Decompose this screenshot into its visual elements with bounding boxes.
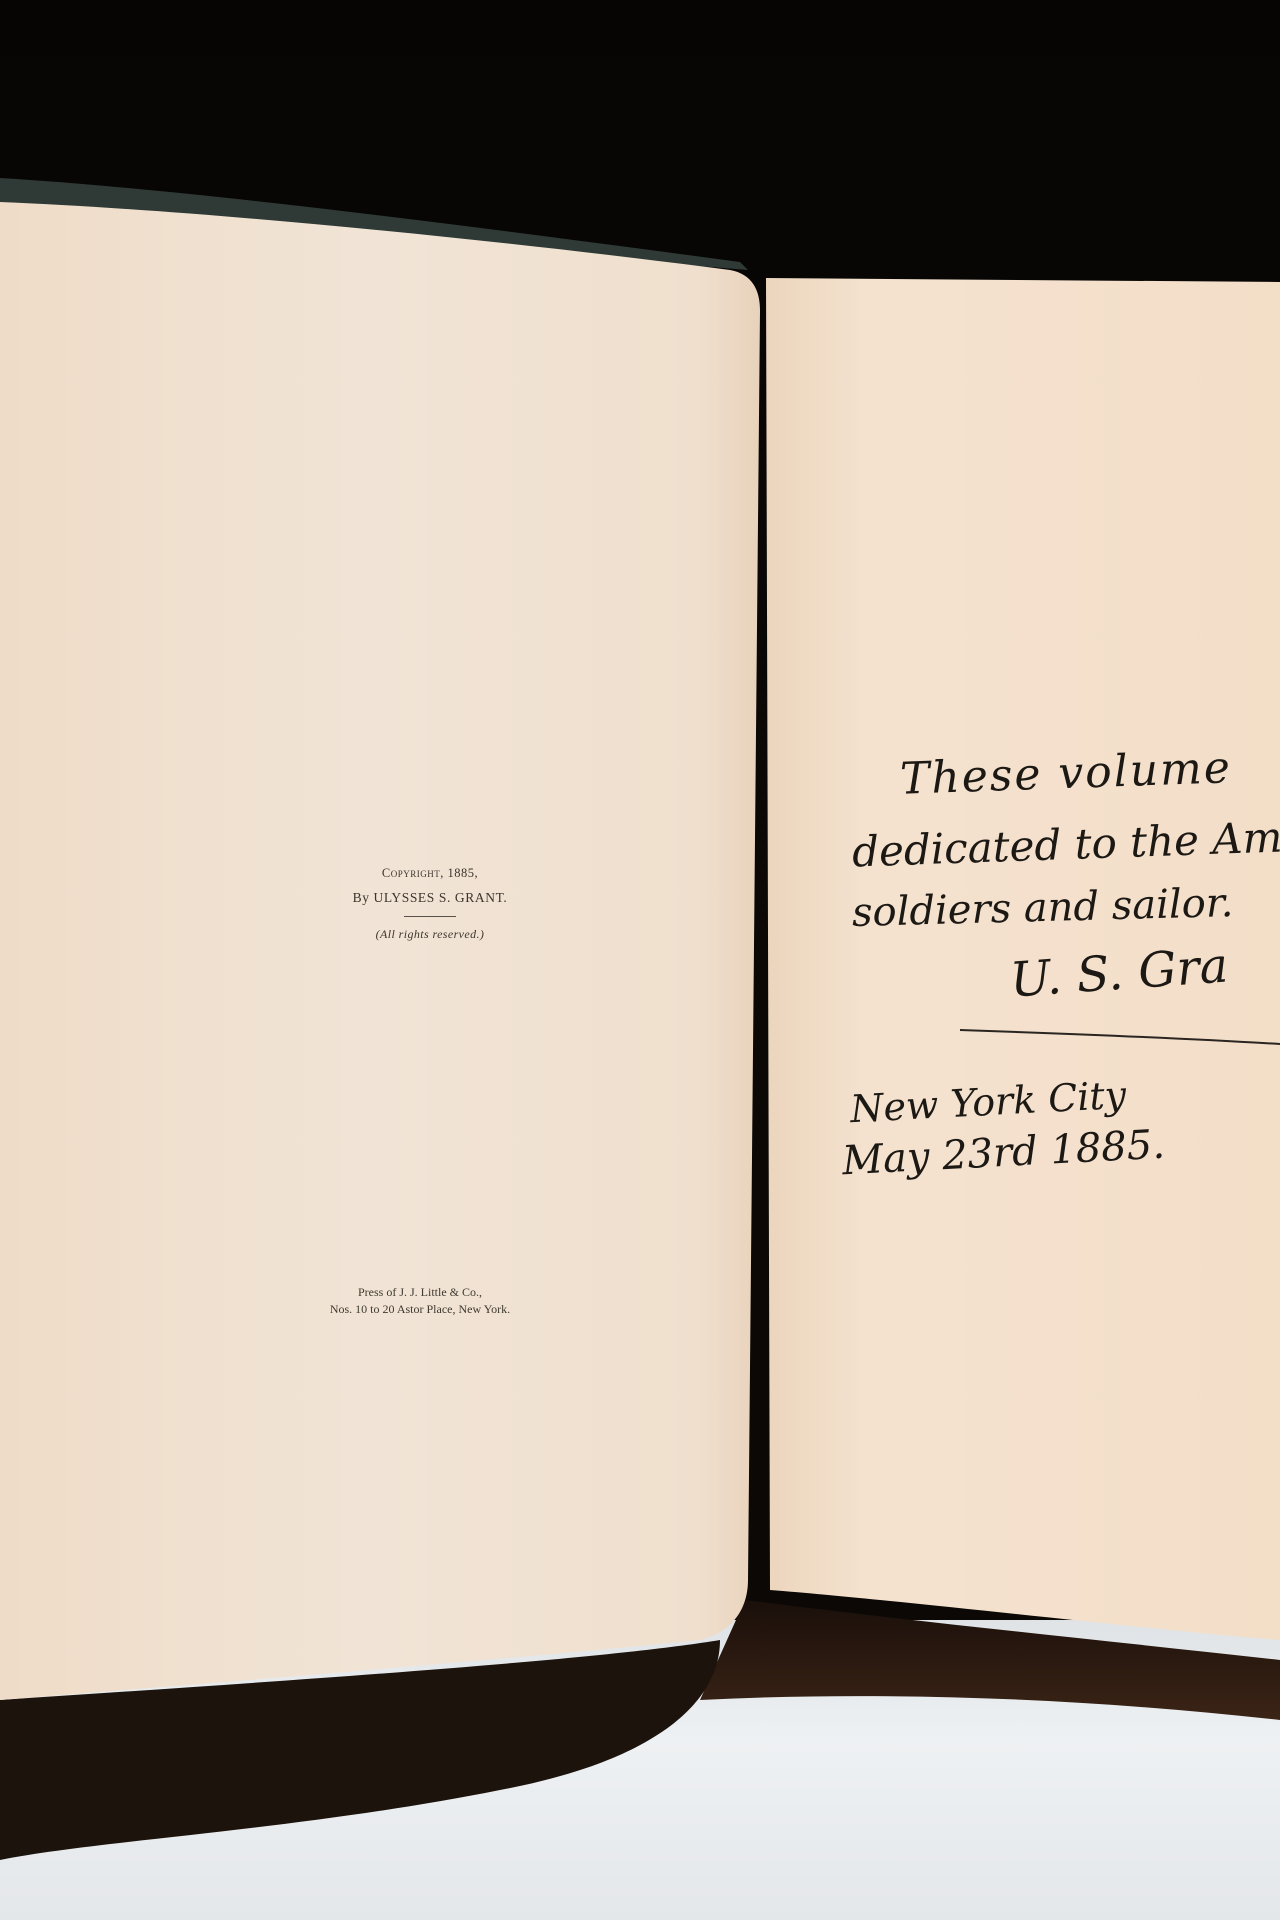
divider-rule [404,916,456,917]
rights-line: (All rights reserved.) [300,927,560,942]
copyright-block: Copyright, 1885, By ULYSSES S. GRANT. (A… [300,866,560,942]
copyright-line: Copyright, 1885, [300,866,560,881]
left-page-shape [0,202,760,1700]
printer-line-2: Nos. 10 to 20 Astor Place, New York. [290,1301,550,1318]
printer-imprint: Press of J. J. Little & Co., Nos. 10 to … [290,1284,550,1318]
printer-line-1: Press of J. J. Little & Co., [290,1284,550,1301]
photo-scene: Copyright, 1885, By ULYSSES S. GRANT. (A… [0,0,1280,1920]
author-line: By ULYSSES S. GRANT. [300,890,560,906]
